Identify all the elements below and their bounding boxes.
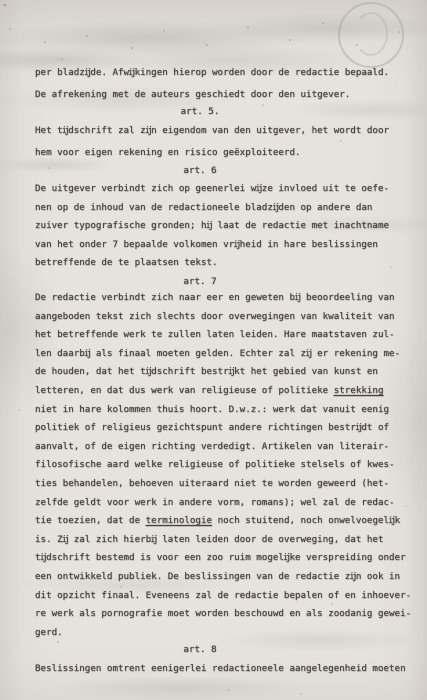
- text-line: betreffende de te plaatsen tekst.: [35, 254, 393, 273]
- underlined-word: strekking: [334, 385, 384, 396]
- text-line: dit opzicht finaal. Eveneens zal de reda…: [35, 587, 393, 606]
- paragraph: per bladzĳde. Afwĳkingen hierop worden d…: [35, 62, 393, 106]
- text-line: gerd.: [35, 624, 393, 643]
- text-line: niet in hare kolommen thuis hoort. D.w.z…: [35, 401, 393, 420]
- text-line: aangeboden tekst zich slechts door overw…: [35, 308, 393, 327]
- text-line: nen op de inhoud van de redactioneele bl…: [35, 199, 393, 218]
- text-line: tie toezien, dat de terminologie noch st…: [35, 512, 393, 531]
- text-line: ties behandelen, behoeven uiteraard niet…: [35, 475, 393, 494]
- text-line: filosofische aard welke religieuse of po…: [35, 456, 393, 475]
- text-line: letteren, en dat dus werk van religieuse…: [35, 382, 393, 401]
- text-line: hem voor eigen rekening en risico geëxpl…: [35, 142, 393, 164]
- paragraph: Beslissingen omtrent eenigerlei redactio…: [35, 660, 393, 679]
- text-line: de houden, dat het tĳdschrift bestrĳkt h…: [35, 363, 393, 382]
- text-line: De uitgever verbindt zich op geenerlei w…: [35, 180, 393, 199]
- text-line: van het onder 7 bepaalde volkomen vrĳhei…: [35, 236, 393, 255]
- text-line: De redactie verbindt zich naar eer en ge…: [35, 289, 393, 308]
- text-line: politiek of religieus gezichtspunt ander…: [35, 419, 393, 438]
- text-line: het betreffende werk te zullen laten lei…: [35, 326, 393, 345]
- text-line: zuiver typografische gronden; hĳ laat de…: [35, 217, 393, 236]
- text-line: is. Zĳ zal zich hierbĳ laten leiden door…: [35, 531, 393, 550]
- article-heading: art. 8: [21, 641, 379, 660]
- paragraph: De redactie verbindt zich naar eer en ge…: [35, 289, 393, 642]
- text-line: tĳdschrift bestemd is voor een zoo ruim …: [35, 549, 393, 568]
- text-line: Het tĳdschrift zal zĳn eigendom van den …: [35, 120, 393, 142]
- text-line: zelfde geldt voor werk in andere vorm, r…: [35, 494, 393, 513]
- underlined-word: terminologie: [146, 515, 212, 526]
- text-line: een ontwikkeld publiek. De beslissingen …: [35, 568, 393, 587]
- document-text: per bladzĳde. Afwĳkingen hierop worden d…: [0, 0, 427, 700]
- paragraph: Het tĳdschrift zal zĳn eigendom van den …: [35, 120, 393, 164]
- article-heading: art. 6: [21, 162, 379, 181]
- text-line: aanvalt, of de eigen richting verdedigt.…: [35, 438, 393, 457]
- paragraph: De uitgever verbindt zich op geenerlei w…: [35, 180, 393, 273]
- text-line: len daarbĳ als finaal moeten gelden. Ech…: [35, 345, 393, 364]
- article-heading: art. 5.: [21, 103, 379, 122]
- text-line: Beslissingen omtrent eenigerlei redactio…: [35, 660, 393, 679]
- text-line: re werk als pornografie moet worden besc…: [35, 605, 393, 624]
- scanned-document-page: per bladzĳde. Afwĳkingen hierop worden d…: [0, 0, 427, 700]
- text-line: per bladzĳde. Afwĳkingen hierop worden d…: [35, 62, 393, 84]
